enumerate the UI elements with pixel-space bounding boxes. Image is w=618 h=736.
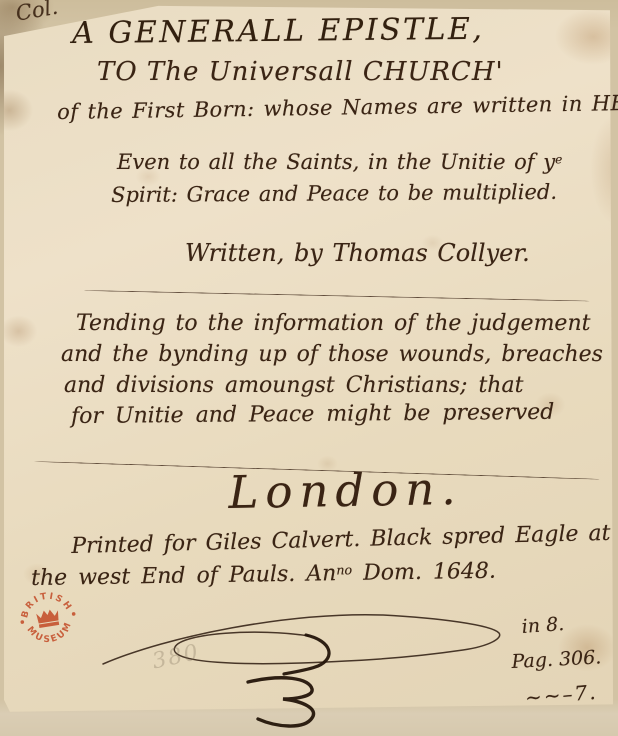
epigraph-line-2: and the bynding up of those wounds, brea… [61, 342, 603, 367]
imprint-line-2-rest: Dom. 1648. [352, 559, 496, 586]
annotation-format: in 8. [521, 613, 565, 638]
title-line-2: TO The Universall CHURCH' [97, 57, 504, 87]
crown-icon [36, 608, 60, 623]
dedication-line-2: Spirit: Grace and Peace to be multiplied… [111, 180, 557, 207]
dedication-line-1-text: Even to all the Saints, in the Unitie of… [117, 150, 555, 174]
imprint-line-2-text: the west End of Pauls. An [31, 561, 337, 591]
imprint-anno-superscript: no [336, 563, 352, 578]
annotation-page: Pag. 306. [511, 646, 602, 673]
stamp-dot-right [72, 612, 76, 616]
stamp-dot-left [20, 620, 24, 624]
manuscript-scan: Col. A GENERALL EPISTLE, TO The Universa… [0, 0, 618, 736]
british-museum-stamp: BRITISH MUSEUM [12, 581, 84, 656]
byline: Written, by Thomas Collyer. [185, 239, 530, 267]
title-line-1: A GENERALL EPISTLE, [72, 12, 485, 51]
dedication-line-1: Even to all the Saints, in the Unitie of… [117, 150, 562, 174]
collection-note: Col. [14, 0, 60, 26]
pen-flourish [78, 600, 510, 732]
place-line: London. [228, 462, 463, 519]
epigraph-line-1: Tending to the information of the judgem… [76, 311, 590, 336]
epigraph-line-4: for Unitie and Peace might be preserved [71, 400, 554, 429]
dedication-line-1-superscript: e [555, 153, 562, 167]
epigraph-line-3: and divisions amoungst Christians; that [64, 373, 523, 398]
annotation-squiggle: ~~–7. [524, 680, 598, 710]
